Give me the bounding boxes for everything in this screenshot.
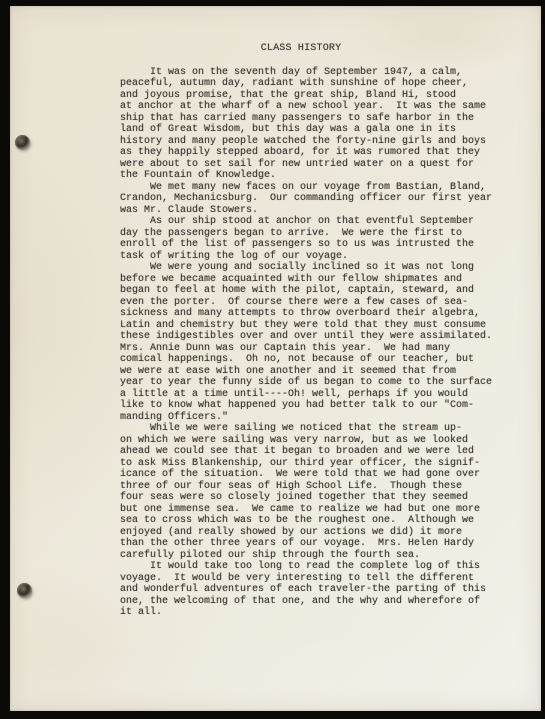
page: CLASS HISTORY It was on the seventh day … bbox=[10, 6, 541, 711]
paper-fastener-icon bbox=[15, 135, 30, 150]
page-content: CLASS HISTORY It was on the seventh day … bbox=[120, 43, 498, 619]
paragraph: We were young and socially inclined so i… bbox=[120, 262, 498, 423]
scan-background: CLASS HISTORY It was on the seventh day … bbox=[0, 0, 545, 719]
paragraph: While we were sailing we noticed that th… bbox=[120, 423, 498, 561]
paper-fastener-icon bbox=[17, 583, 32, 598]
paragraph: It was on the seventh day of September 1… bbox=[120, 67, 498, 182]
paragraph: As our ship stood at anchor on that even… bbox=[120, 216, 498, 262]
paragraph: We met many new faces on our voyage from… bbox=[120, 182, 498, 217]
paragraph: It would take too long to read the compl… bbox=[120, 561, 498, 619]
page-title: CLASS HISTORY bbox=[120, 43, 482, 55]
